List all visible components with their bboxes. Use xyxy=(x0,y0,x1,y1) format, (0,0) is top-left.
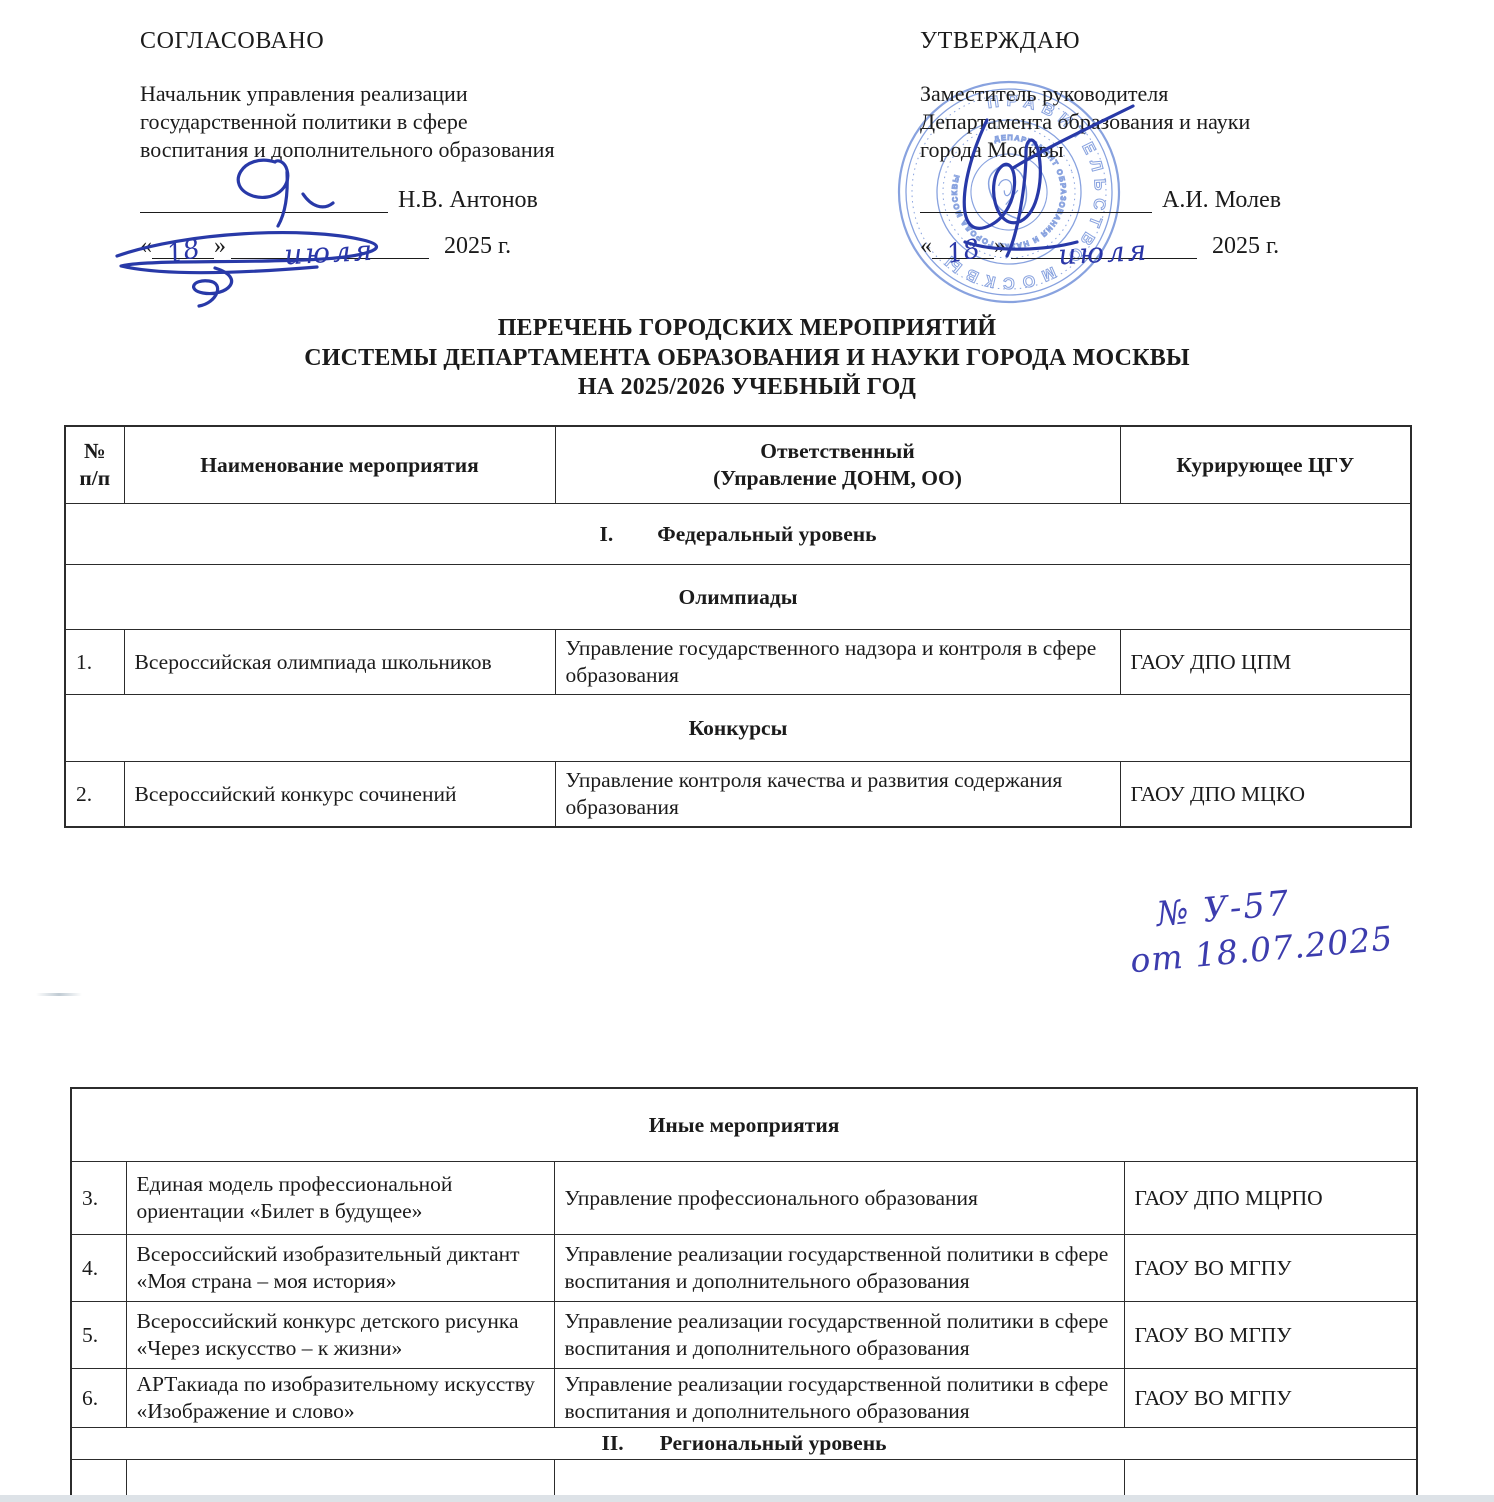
subsection-title: Иные мероприятия xyxy=(71,1088,1417,1162)
col-header-resp-line: Ответственный xyxy=(566,438,1110,465)
agreed-signee-position: Начальник управления реализации государс… xyxy=(140,80,660,164)
handwritten-day: 18 xyxy=(945,234,984,270)
cell-num: 3. xyxy=(71,1162,126,1235)
scan-artifact xyxy=(36,993,82,996)
cell-curator: ГАОУ ВО МГПУ xyxy=(1124,1235,1417,1302)
col-header-responsible: Ответственный (Управление ДОНМ, ОО) xyxy=(555,426,1120,504)
events-table-other: Иные мероприятия 3. Единая модель профес… xyxy=(70,1087,1418,1502)
col-header-name: Наименование мероприятия xyxy=(124,426,555,504)
section-numeral: II. xyxy=(602,1430,624,1457)
subsection-row-other: Иные мероприятия xyxy=(71,1088,1417,1162)
handwritten-day: 18 xyxy=(165,234,204,270)
approval-block-agreed: СОГЛАСОВАНО Начальник управления реализа… xyxy=(140,28,660,259)
position-line: Заместитель руководителя xyxy=(920,80,1420,108)
subsection-row-olympiads: Олимпиады xyxy=(65,565,1411,630)
section-numeral: I. xyxy=(600,521,614,548)
cell-curator: ГАОУ ДПО ЦПМ xyxy=(1120,630,1411,695)
table-row: 6. АРТакиада по изобразительному искусст… xyxy=(71,1369,1417,1428)
subsection-title: Олимпиады xyxy=(65,565,1411,630)
signature-line xyxy=(920,187,1152,213)
approval-block-approved: УТВЕРЖДАЮ Заместитель руководителя Депар… xyxy=(920,28,1420,259)
date-row: « 18 » июля 2025 г. xyxy=(920,223,1420,259)
agreed-signee-name: Н.В. Антонов xyxy=(398,188,538,213)
cell-event-name: Единая модель профессиональной ориентаци… xyxy=(126,1162,554,1235)
table-row: 3. Единая модель профессиональной ориент… xyxy=(71,1162,1417,1235)
table-header-row: № п/п Наименование мероприятия Ответстве… xyxy=(65,426,1411,504)
section-label: Региональный уровень xyxy=(660,1431,887,1455)
cell-curator: ГАОУ ДПО МЦКО xyxy=(1120,762,1411,828)
col-header-resp-line: (Управление ДОНМ, ОО) xyxy=(566,465,1110,492)
day-line: 18 xyxy=(152,233,214,259)
table-row: 5. Всероссийский конкурс детского рисунк… xyxy=(71,1302,1417,1369)
subsection-title: Конкурсы xyxy=(65,695,1411,762)
document-title: ПЕРЕЧЕНЬ ГОРОДСКИХ МЕРОПРИЯТИЙ СИСТЕМЫ Д… xyxy=(0,314,1494,403)
cell-curator: ГАОУ ВО МГПУ xyxy=(1124,1302,1417,1369)
approved-heading: УТВЕРЖДАЮ xyxy=(920,28,1420,55)
position-line: Начальник управления реализации xyxy=(140,80,660,108)
subsection-row-contests: Конкурсы xyxy=(65,695,1411,762)
table-row: 4. Всероссийский изобразительный диктант… xyxy=(71,1235,1417,1302)
col-header-num-line: № xyxy=(76,438,114,465)
cell-num: 6. xyxy=(71,1369,126,1428)
cell-responsible: Управление контроля качества и развития … xyxy=(555,762,1120,828)
cell-event-name: Всероссийский изобразительный диктант «М… xyxy=(126,1235,554,1302)
section-row-federal: I.Федеральный уровень xyxy=(65,504,1411,565)
events-table-federal: № п/п Наименование мероприятия Ответстве… xyxy=(64,425,1412,828)
open-quote: « xyxy=(140,233,152,259)
cell-num: 4. xyxy=(71,1235,126,1302)
approved-signee-position: Заместитель руководителя Департамента об… xyxy=(920,80,1420,164)
col-header-curator: Курирующее ЦГУ xyxy=(1120,426,1411,504)
cell-event-name: Всероссийский конкурс сочинений xyxy=(124,762,555,828)
cell-num: 5. xyxy=(71,1302,126,1369)
section-label: Федеральный уровень xyxy=(657,522,876,546)
col-header-num-line: п/п xyxy=(76,465,114,492)
cell-event-name: Всероссийский конкурс детского рисунка «… xyxy=(126,1302,554,1369)
section-row-regional: II.Региональный уровень xyxy=(71,1428,1417,1460)
document-page: ПРАВИТЕЛЬСТВО МОСКВЫ ДЕПАРТАМЕНТ ОБРАЗОВ… xyxy=(0,0,1494,1502)
agreed-heading: СОГЛАСОВАНО xyxy=(140,28,660,55)
year-label: 2025 г. xyxy=(444,233,511,259)
position-line: Департамента образования и науки xyxy=(920,108,1420,136)
table-row: 2. Всероссийский конкурс сочинений Управ… xyxy=(65,762,1411,828)
month-line: июля xyxy=(231,233,429,259)
page-scan-edge xyxy=(0,1495,1494,1502)
title-line: ПЕРЕЧЕНЬ ГОРОДСКИХ МЕРОПРИЯТИЙ xyxy=(0,314,1494,344)
section-title: I.Федеральный уровень xyxy=(65,504,1411,565)
position-line: воспитания и дополнительного образования xyxy=(140,136,660,164)
title-line: СИСТЕМЫ ДЕПАРТАМЕНТА ОБРАЗОВАНИЯ И НАУКИ… xyxy=(0,344,1494,374)
cell-event-name: Всероссийская олимпиада школьников xyxy=(124,630,555,695)
date-row: « 18 » июля 2025 г. xyxy=(140,223,660,259)
approved-signee-name: А.И. Молев xyxy=(1162,188,1281,213)
cell-responsible: Управление реализации государственной по… xyxy=(554,1369,1124,1428)
signature-row: Н.В. Антонов xyxy=(140,181,660,213)
cell-event-name: АРТакиада по изобразительному искусству … xyxy=(126,1369,554,1428)
cell-responsible: Управление профессионального образования xyxy=(554,1162,1124,1235)
section-title: II.Региональный уровень xyxy=(71,1428,1417,1460)
cell-responsible: Управление реализации государственной по… xyxy=(554,1235,1124,1302)
handwritten-month: июля xyxy=(1058,234,1151,272)
year-label: 2025 г. xyxy=(1212,233,1279,259)
handwritten-month: июля xyxy=(284,234,377,272)
signature-row: А.И. Молев xyxy=(920,181,1420,213)
cell-curator: ГАОУ ВО МГПУ xyxy=(1124,1369,1417,1428)
cell-responsible: Управление государственного надзора и ко… xyxy=(555,630,1120,695)
month-line: июля xyxy=(1011,233,1197,259)
close-quote: » xyxy=(214,233,226,259)
open-quote: « xyxy=(920,233,932,259)
close-quote: » xyxy=(994,233,1006,259)
cell-curator: ГАОУ ДПО МЦРПО xyxy=(1124,1162,1417,1235)
position-line: города Москвы xyxy=(920,136,1420,164)
handwritten-registration-note: № У-57 от 18.07.2025 xyxy=(1125,875,1395,981)
title-line: НА 2025/2026 УЧЕБНЫЙ ГОД xyxy=(0,373,1494,403)
cell-responsible: Управление реализации государственной по… xyxy=(554,1302,1124,1369)
position-line: государственной политики в сфере xyxy=(140,108,660,136)
table-row: 1. Всероссийская олимпиада школьников Уп… xyxy=(65,630,1411,695)
day-line: 18 xyxy=(932,233,994,259)
cell-num: 2. xyxy=(65,762,124,828)
signature-line xyxy=(140,187,388,213)
cell-num: 1. xyxy=(65,630,124,695)
col-header-num: № п/п xyxy=(65,426,124,504)
